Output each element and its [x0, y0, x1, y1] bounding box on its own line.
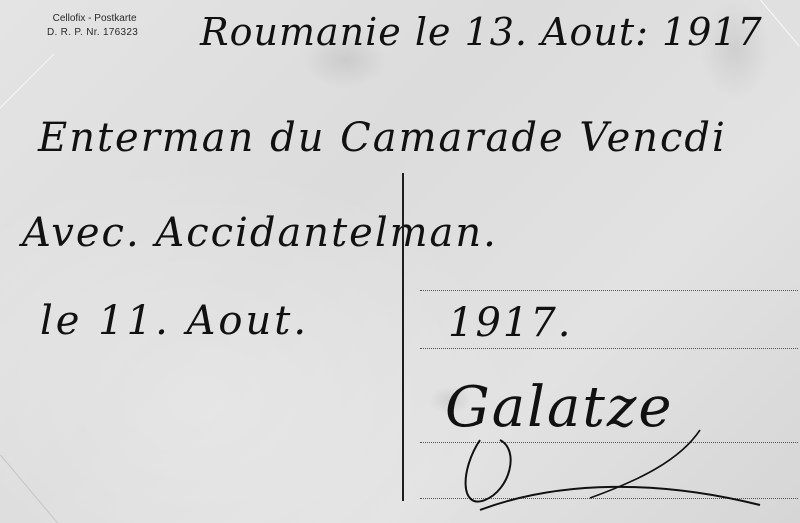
handwritten-line-1: Enterman du Camarade Vencdi — [38, 115, 727, 161]
photo-corner-mark — [0, 455, 59, 523]
publisher-label: Cellofix - Postkarte — [47, 12, 138, 26]
printed-header: Cellofix - Postkarte D. R. P. Nr. 176323 — [47, 12, 138, 40]
address-line — [420, 290, 798, 291]
patent-number: D. R. P. Nr. 176323 — [47, 26, 138, 40]
address-divider — [402, 173, 404, 501]
stamp-corner-mark — [760, 0, 799, 46]
signature-flourish — [440, 380, 770, 520]
postcard: Cellofix - Postkarte D. R. P. Nr. 176323… — [0, 0, 800, 523]
handwritten-line-3-date: le 11. Aout. — [40, 298, 309, 344]
handwritten-line-3-year: 1917. — [448, 300, 573, 346]
address-line — [420, 348, 798, 349]
handwritten-line-2: Avec. Accidantelman. — [22, 210, 498, 256]
handwritten-place-date: Roumanie le 13. Aout: 1917 — [200, 10, 763, 54]
